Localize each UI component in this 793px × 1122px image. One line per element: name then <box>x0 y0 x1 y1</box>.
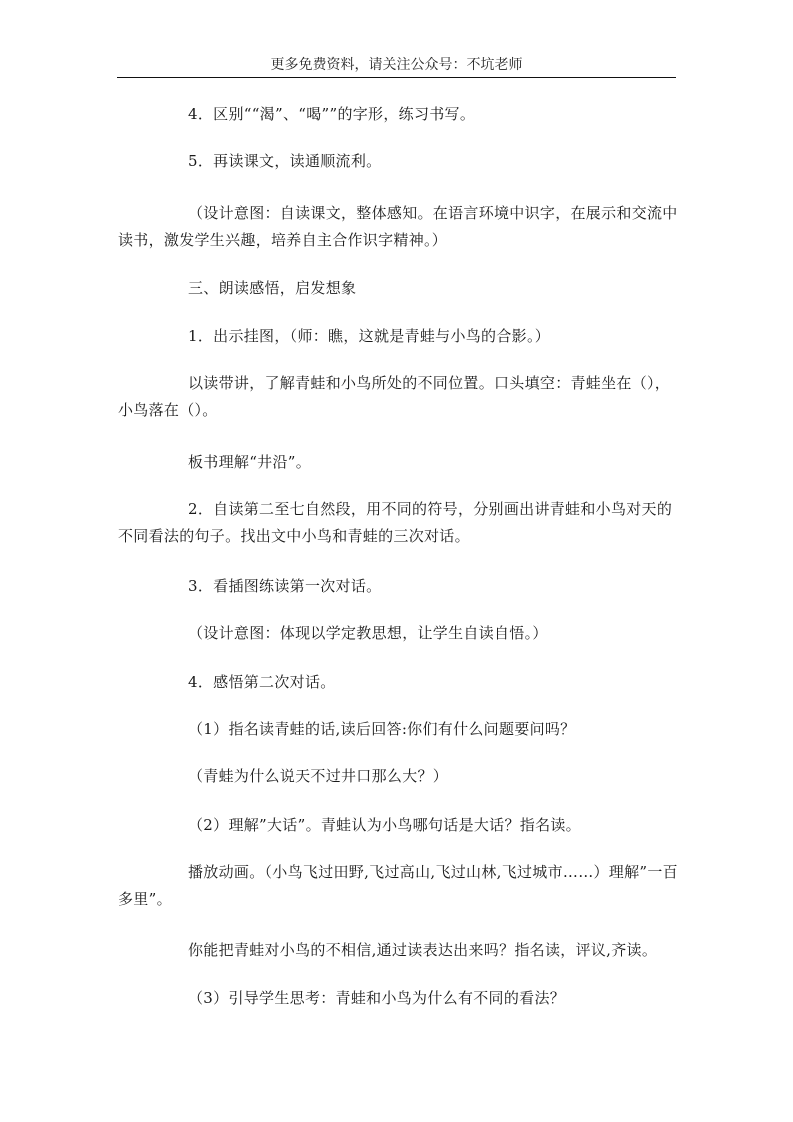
paragraph-frog-question: （青蛙为什么说天不过井口那么大？） <box>118 763 678 790</box>
paragraph-express-disbelief: 你能把青蛙对小鸟的不相信,通过读表达出来吗？指名读，评议,齐读。 <box>118 937 678 964</box>
paragraph-play-animation: 播放动画。（小鸟飞过田野,飞过高山,飞过山林,飞过城市……）理解”一百多里”。 <box>118 859 678 913</box>
header-divider <box>117 77 676 78</box>
paragraph-step-4-second-dialogue: 4．感悟第二次对话。 <box>118 669 678 696</box>
paragraph-step-3-first-dialogue: 3．看插图练读第一次对话。 <box>118 573 678 600</box>
paragraph-sub-2: （2）理解”大话”。青蛙认为小鸟哪句话是大话？指名读。 <box>118 812 678 839</box>
paragraph-design-intent-2: （设计意图：体现以学定教思想，让学生自读自悟。） <box>118 620 678 647</box>
paragraph-sub-3: （3）引导学生思考：青蛙和小鸟为什么有不同的看法？ <box>118 985 678 1012</box>
header-text: 更多免费资料，请关注公众号：不坑老师 <box>271 57 523 73</box>
paragraph-step-5-reread: 5．再读课文，读通顺流利。 <box>118 148 678 175</box>
paragraph-blackboard-jingyan: 板书理解“井沿”。 <box>118 449 678 476</box>
paragraph-read-and-explain: 以读带讲，了解青蛙和小鸟所处的不同位置。口头填空：青蛙坐在（），小鸟落在（）。 <box>118 370 678 424</box>
paragraph-sub-1: （1）指名读青蛙的话,读后回答:你们有什么问题要问吗？ <box>118 716 678 743</box>
paragraph-step-4-compare-glyphs: 4．区别““渴”、“喝””的字形，练习书写。 <box>118 101 678 128</box>
section-heading-three: 三、朗读感悟，启发想象 <box>118 275 678 302</box>
paragraph-design-intent-1: （设计意图：自读课文，整体感知。在语言环境中识字，在展示和交流中读书，激发学生兴… <box>118 200 678 254</box>
paragraph-step-1-show-picture: 1．出示挂图，（师：瞧，这就是青蛙与小鸟的合影。） <box>118 323 678 350</box>
page-header: 更多免费资料，请关注公众号：不坑老师 <box>117 55 676 75</box>
paragraph-step-2-self-read: 2．自读第二至七自然段，用不同的符号，分别画出讲青蛙和小鸟对天的不同看法的句子。… <box>118 496 678 550</box>
